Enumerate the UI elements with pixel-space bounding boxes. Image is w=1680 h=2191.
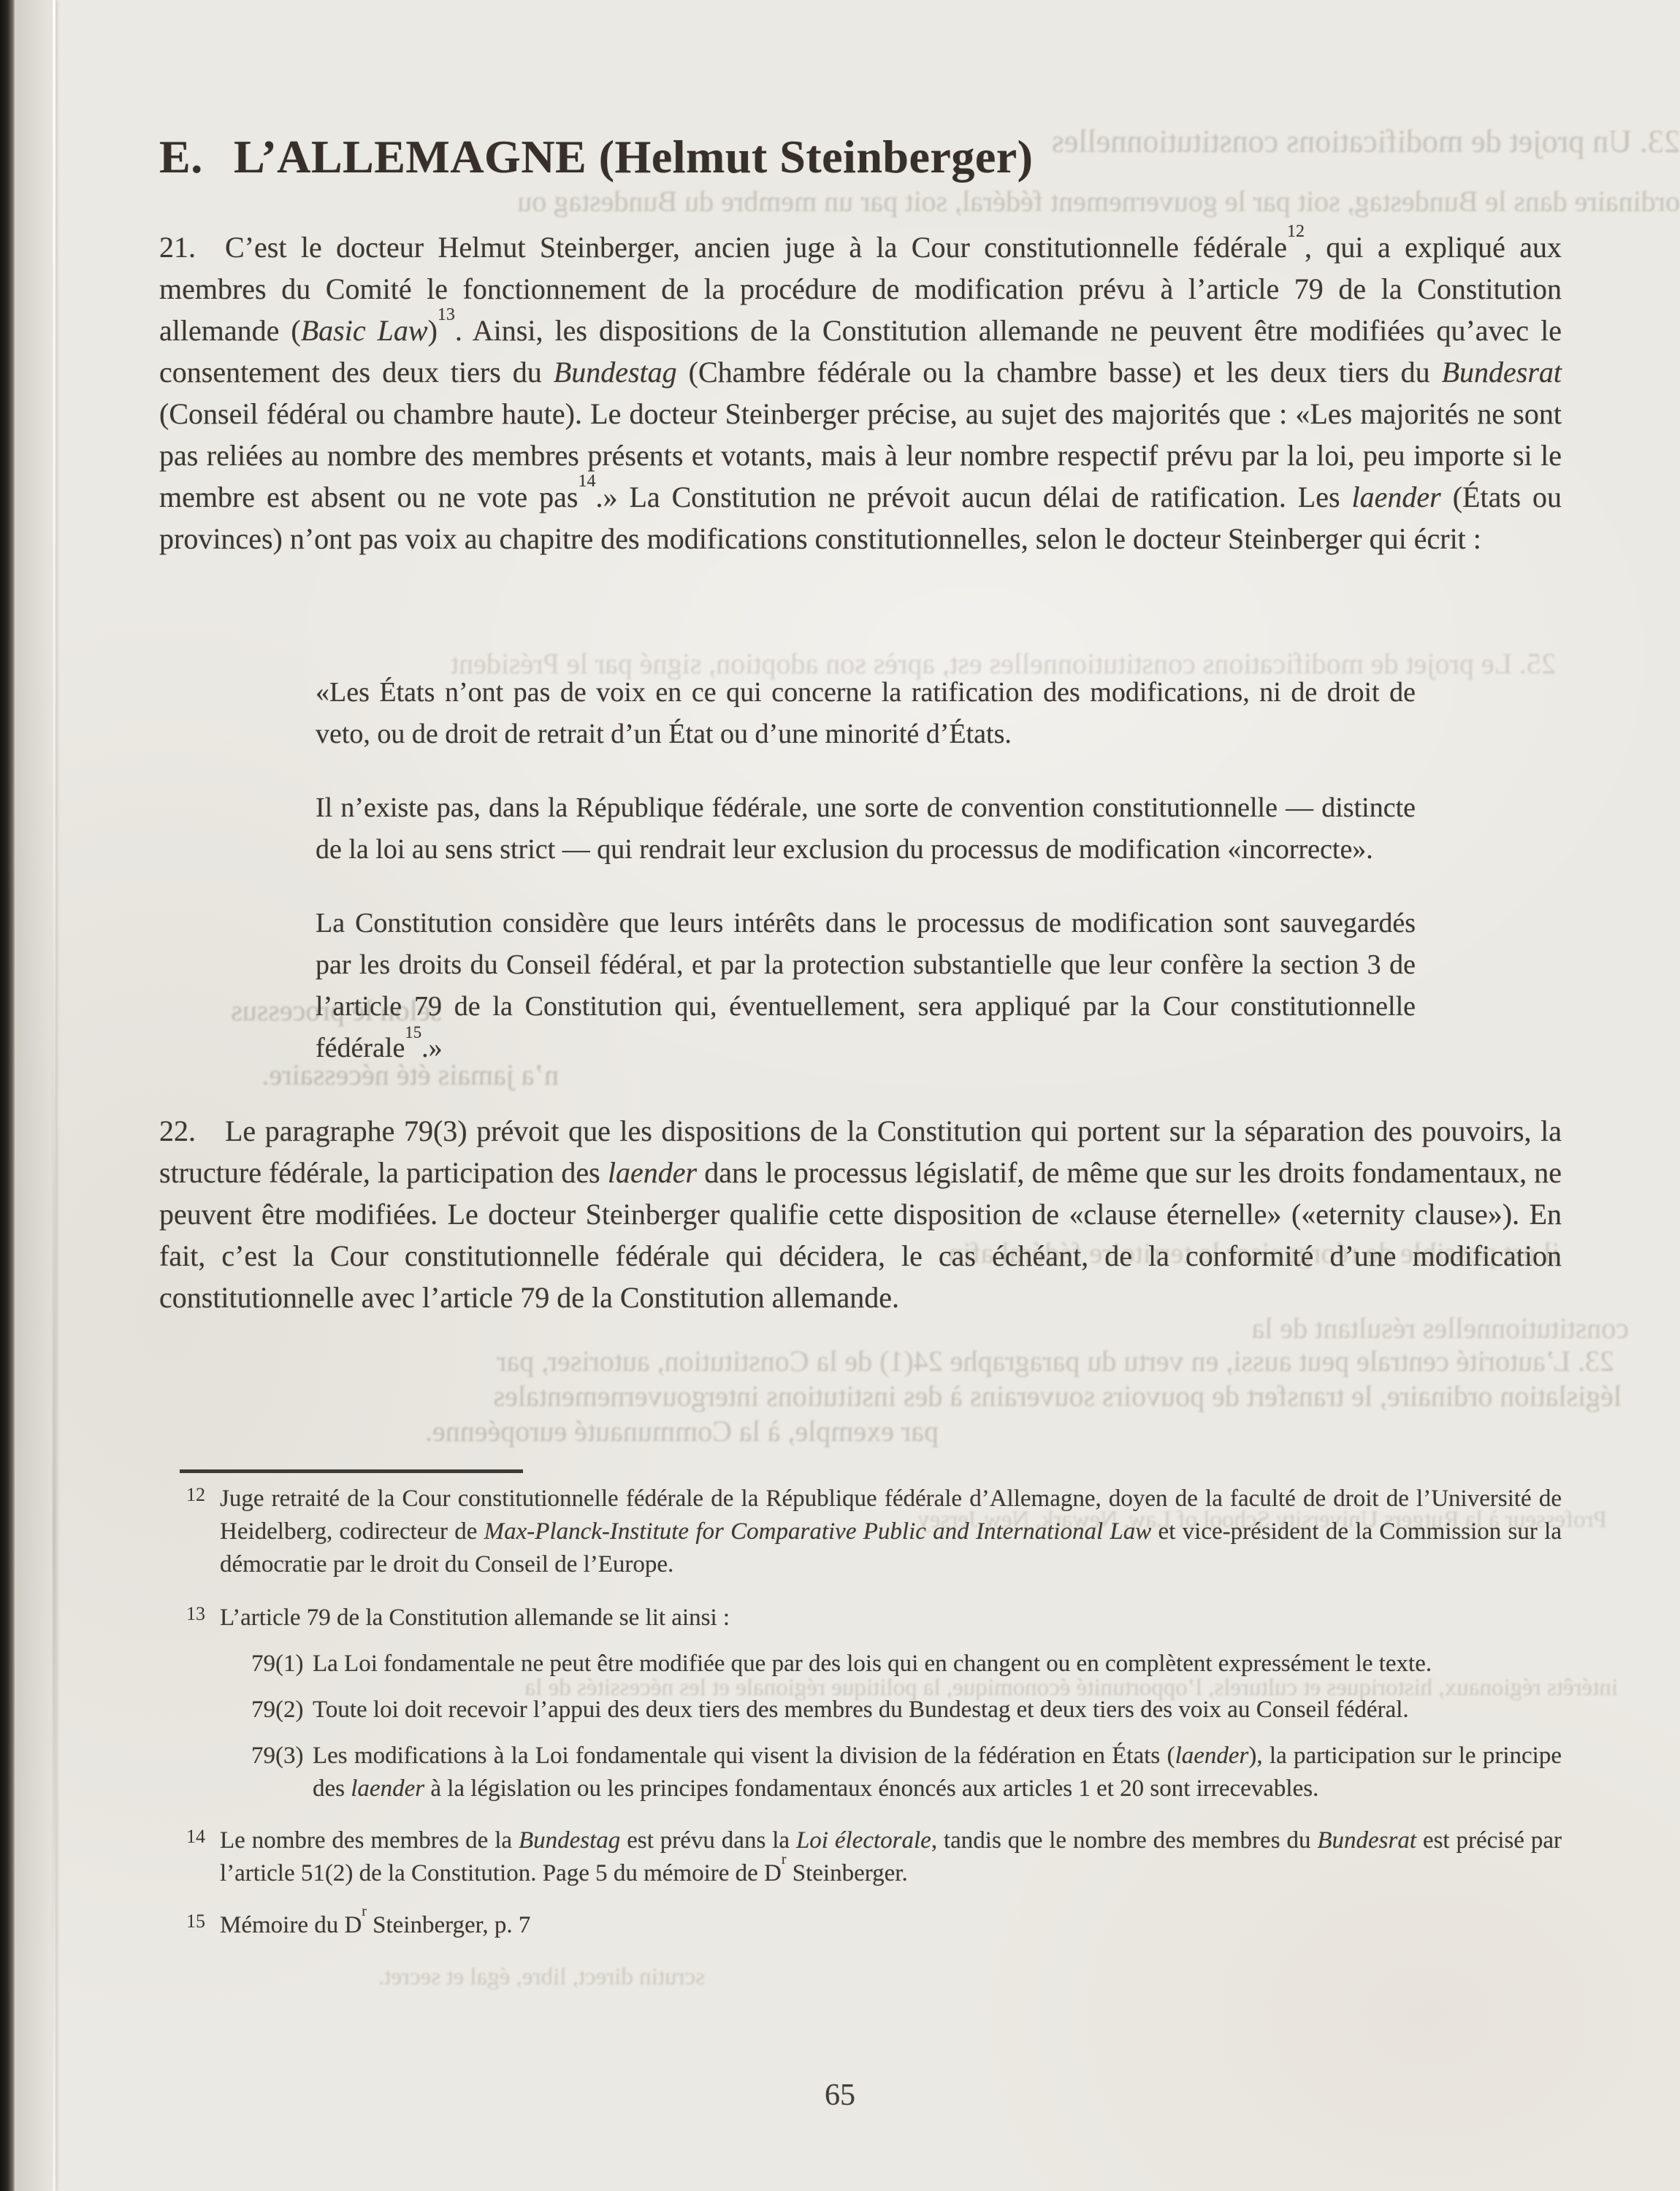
clause-text: La Loi fondamentale ne peut être modifié…	[313, 1648, 1562, 1680]
quote-paragraph-1: «Les États n’ont pas de voix en ce qui c…	[316, 672, 1416, 755]
footnote-text: Juge retraité de la Cour constitutionnel…	[220, 1483, 1562, 1581]
footnote-number: 13	[186, 1597, 220, 1630]
footnote-separator-rule	[180, 1469, 523, 1473]
clause-text: Toute loi doit recevoir l’appui des deux…	[313, 1694, 1562, 1727]
footnote-13: 13 L’article 79 de la Constitution allem…	[186, 1602, 1562, 1634]
page-number: 65	[0, 2078, 1680, 2113]
footnote-13-clause-79-2: 79(2) Toute loi doit recevoir l’appui de…	[251, 1694, 1562, 1727]
footnote-number: 15	[186, 1905, 220, 1938]
section-title: L’ALLEMAGNE (Helmut Steinberger)	[234, 130, 1033, 184]
scanned-document-page: { "heading": { "letter": "E.", "title": …	[0, 0, 1680, 2191]
footnote-number: 14	[186, 1820, 220, 1886]
clause-label: 79(3)	[251, 1740, 313, 1805]
quote-paragraph-2: Il n’existe pas, dans la République fédé…	[316, 787, 1416, 871]
footnote-13-clause-79-1: 79(1) La Loi fondamentale ne peut être m…	[251, 1648, 1562, 1680]
page-content: E. L’ALLEMAGNE (Helmut Steinberger) 21. …	[0, 0, 1680, 2191]
footnote-15: 15 Mémoire du Dr Steinberger, p. 7	[186, 1909, 1562, 1942]
paragraph-21: 21. C’est le docteur Helmut Steinberger,…	[159, 226, 1562, 559]
clause-text: Les modifications à la Loi fondamentale …	[313, 1740, 1562, 1805]
footnote-12: 12 Juge retraité de la Cour constitution…	[186, 1483, 1562, 1581]
clause-label: 79(2)	[251, 1694, 313, 1727]
footnote-text: Le nombre des membres de la Bundestag es…	[220, 1824, 1562, 1890]
clause-label: 79(1)	[251, 1648, 313, 1680]
footnote-text: Mémoire du Dr Steinberger, p. 7	[220, 1909, 1562, 1942]
footnote-number: 12	[186, 1478, 220, 1577]
quote-paragraph-3: La Constitution considère que leurs inté…	[316, 903, 1416, 1069]
paragraph-22: 22. Le paragraphe 79(3) prévoit que les …	[159, 1110, 1562, 1318]
section-letter: E.	[159, 130, 234, 184]
footnote-text: L’article 79 de la Constitution allemand…	[220, 1602, 1562, 1634]
footnotes-section: 12 Juge retraité de la Cour constitution…	[159, 1483, 1562, 1942]
footnote-13-clause-79-3: 79(3) Les modifications à la Loi fondame…	[251, 1740, 1562, 1805]
footnote-14: 14 Le nombre des membres de la Bundestag…	[186, 1824, 1562, 1890]
block-quote: «Les États n’ont pas de voix en ce qui c…	[316, 672, 1416, 1101]
section-heading: E. L’ALLEMAGNE (Helmut Steinberger)	[159, 130, 1033, 184]
